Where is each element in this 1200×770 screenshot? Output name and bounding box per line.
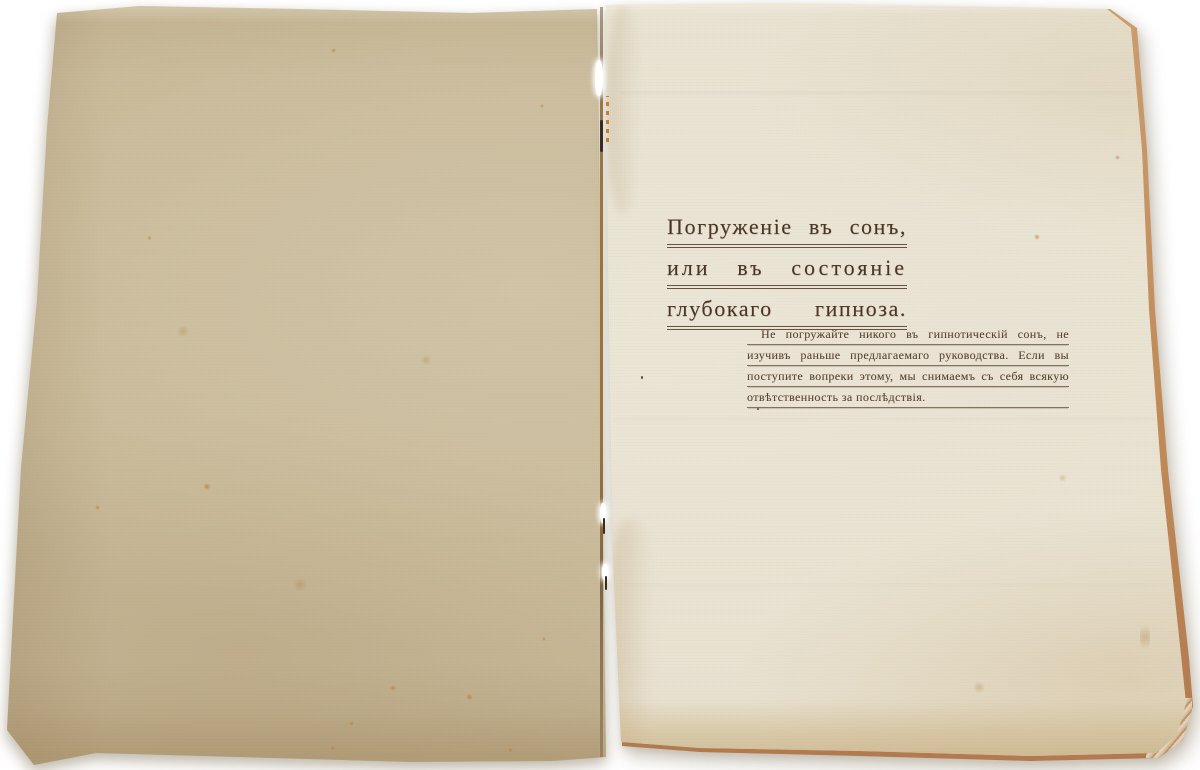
warning-line-4: отвѣтственность за послѣдствія. <box>747 387 1069 408</box>
warning-paragraph: Не погружайте никого въ гипнотическій со… <box>747 324 1069 408</box>
warning-line-1: Не погружайте никого въ гипнотическій со… <box>747 324 1069 345</box>
foxing-spot <box>1034 234 1040 240</box>
paper-crease <box>615 418 1155 422</box>
ink-speck <box>757 408 759 410</box>
title-line-1: Погруженіе въ сонъ, <box>667 213 907 248</box>
open-book-photo: Погруженіе въ сонъ, или въ состояніе глу… <box>0 0 1200 770</box>
foxing-spot <box>1115 155 1120 160</box>
paper-crease <box>625 584 1170 588</box>
paper-crease <box>620 92 1130 96</box>
foxing-spot <box>972 682 986 693</box>
ink-speck <box>641 376 643 379</box>
foxing-spot <box>1140 620 1150 654</box>
book-title: Погруженіе въ сонъ, или въ состояніе глу… <box>667 213 907 336</box>
gutter-stain-bottom <box>608 520 652 750</box>
foxing-spot <box>1058 474 1067 482</box>
binding-gutter <box>600 7 603 757</box>
title-line-2: или въ состояніе <box>667 254 907 289</box>
gutter-shade-top <box>606 5 640 215</box>
warning-line-2: изучивъ раньше предлагаемаго руководства… <box>747 345 1069 366</box>
warning-line-3: поступите вопреки этому, мы снимаемъ съ … <box>747 366 1069 387</box>
